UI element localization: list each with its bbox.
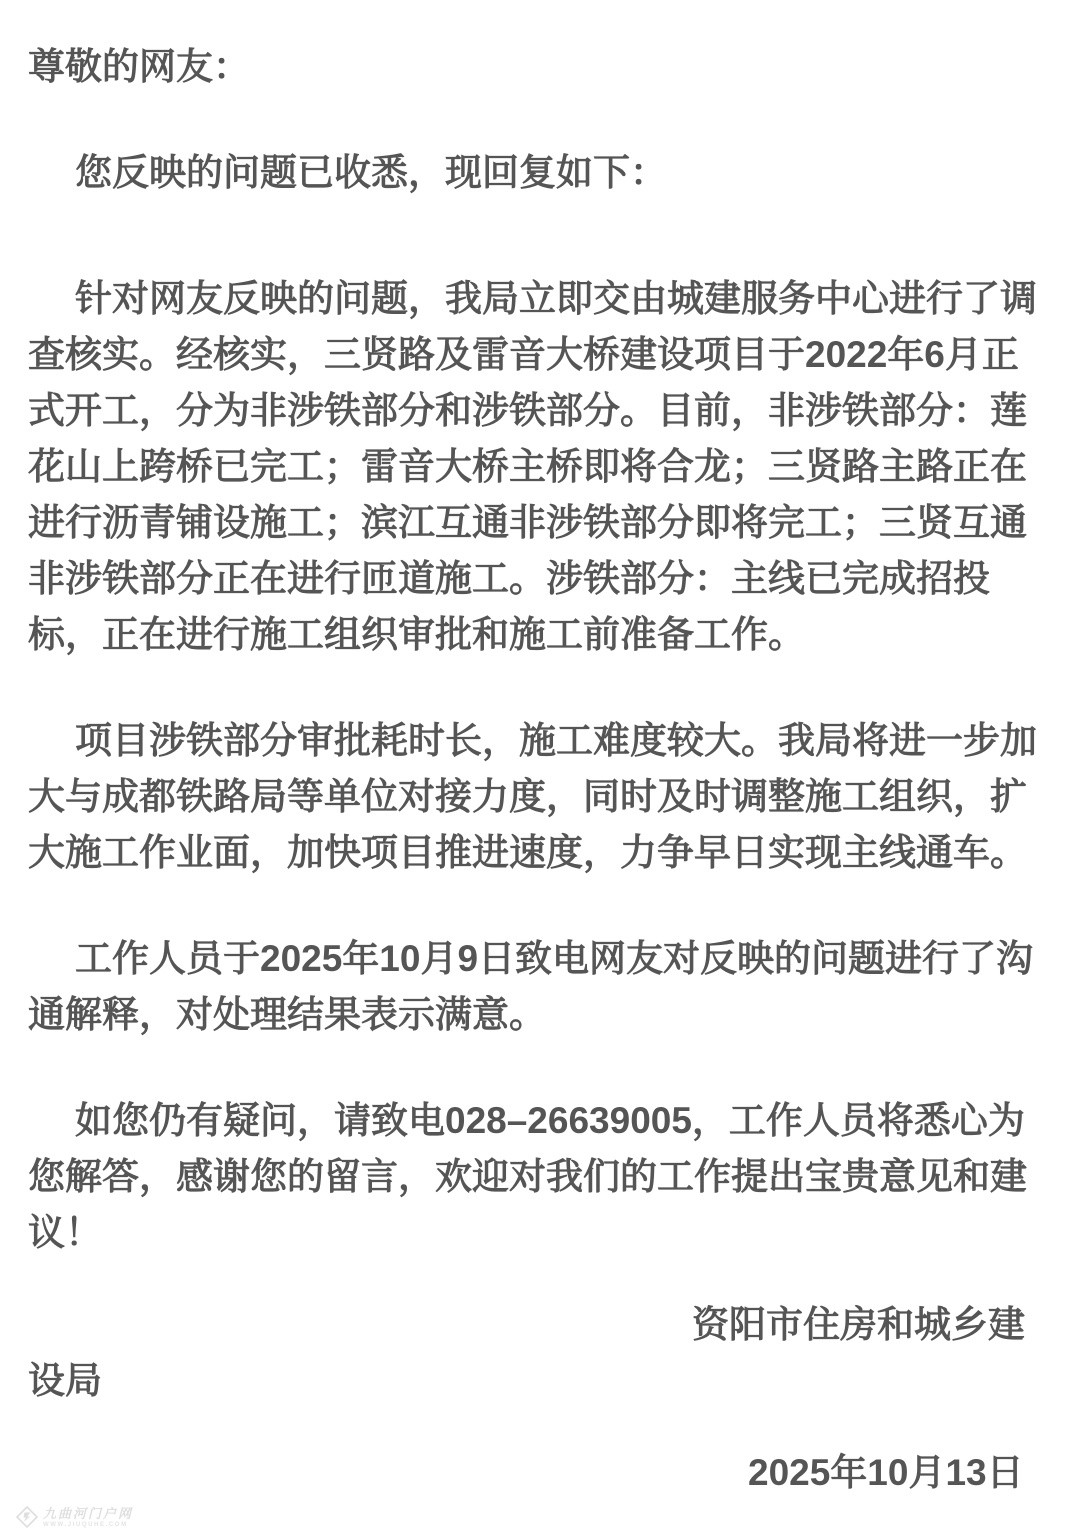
contact-paragraph: 如您仍有疑问，请致电028–26639005，工作人员将悉心为您解答，感谢您的留… — [28, 1093, 1052, 1261]
reply-letter-page: 尊敬的网友： 您反映的问题已收悉，现回复如下： 针对网友反映的问题，我局立即交由… — [0, 0, 1080, 1540]
signature-agency: 资阳市住房和城乡建设局 — [28, 1297, 1052, 1409]
intro-paragraph: 您反映的问题已收悉，现回复如下： — [28, 145, 1052, 201]
reply-date: 2025年10月13日 — [28, 1445, 1052, 1501]
site-logo-icon — [16, 1506, 38, 1528]
site-url: WWW.JIUQUHE.COM — [43, 1522, 133, 1528]
site-name: 九曲河门户网 — [43, 1507, 133, 1520]
next-steps-paragraph: 项目涉铁部分审批耗时长，施工难度较大。我局将进一步加大与成都铁路局等单位对接力度… — [28, 713, 1052, 881]
callback-paragraph: 工作人员于2025年10月9日致电网友对反映的问题进行了沟通解释，对处理结果表示… — [28, 931, 1052, 1043]
salutation: 尊敬的网友： — [28, 39, 1052, 95]
site-watermark: 九曲河门户网 WWW.JIUQUHE.COM — [16, 1506, 133, 1528]
investigation-result-paragraph: 针对网友反映的问题，我局立即交由城建服务中心进行了调查核实。经核实，三贤路及雷音… — [28, 271, 1052, 663]
